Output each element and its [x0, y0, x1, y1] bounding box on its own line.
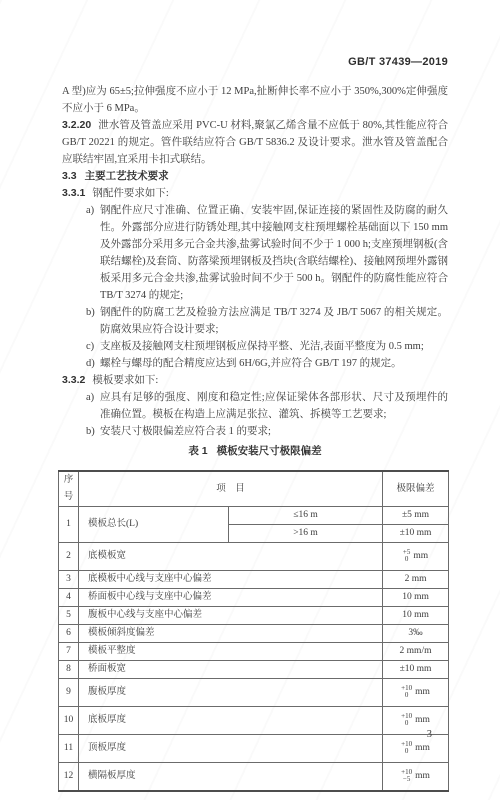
tolerance-cell: 2 mm	[383, 571, 449, 589]
condition-cell: >16 m	[229, 525, 383, 543]
table-row-9: 9 腹板厚度 +100mm	[59, 679, 449, 707]
table-1-caption: 表 1模板安装尺寸极限偏差	[62, 443, 448, 460]
item-cell: 桥面板中心线与支座中心偏差	[79, 589, 383, 607]
table-row-12: 12 横隔板厚度 +10−5mm	[59, 763, 449, 792]
clause-3-2-20: 3.2.20泄水管及管盖应采用 PVC-U 材料,聚氯乙烯含量不应低于 80%,…	[62, 117, 448, 168]
item-cell: 桥面板宽	[79, 661, 383, 679]
list-item-text: 钢配件应尺寸准确、位置正确、安装牢固,保证连接的紧固性及防腐的耐久性。外露部分应…	[100, 205, 448, 301]
table-row-2: 2 底模板宽 +50mm	[59, 543, 449, 571]
row-number-cell: 3	[59, 571, 79, 589]
header-cell-item: 项 目	[79, 471, 383, 507]
tolerance-cell: ±10 mm	[383, 661, 449, 679]
row-number-cell: 2	[59, 543, 79, 571]
tolerance-cell: 2 mm/m	[383, 643, 449, 661]
tolerance-cell: +50mm	[383, 543, 449, 571]
list-item-label: d)	[86, 355, 95, 372]
row-number-cell: 7	[59, 643, 79, 661]
list-item-text: 钢配件的防腐工艺及检验方法应满足 TB/T 3274 及 JB/T 5067 的…	[100, 307, 448, 335]
list-item-a: a) 应具有足够的强度、刚度和稳定性;应保证梁体各部形状、尺寸及预埋件的准确位置…	[62, 389, 448, 423]
list-item-label: c)	[86, 338, 94, 355]
item-cell: 腹板厚度	[79, 679, 383, 707]
table-row-3: 3 底模板中心线与支座中心偏差 2 mm	[59, 571, 449, 589]
row-number-cell: 8	[59, 661, 79, 679]
list-item-text: 螺栓与螺母的配合精度应达到 6H/6G,并应符合 GB/T 197 的规定。	[100, 358, 402, 369]
tolerance-cell: +10−5mm	[383, 763, 449, 792]
list-item-label: a)	[86, 389, 94, 406]
list-item-b: b) 钢配件的防腐工艺及检验方法应满足 TB/T 3274 及 JB/T 506…	[62, 304, 448, 338]
tolerance-cell: 10 mm	[383, 589, 449, 607]
clause-3-3-2: 3.3.2模板要求如下:	[62, 372, 448, 389]
item-cell: 模板总长(L)	[79, 507, 229, 543]
list-item-d: d) 螺栓与螺母的配合精度应达到 6H/6G,并应符合 GB/T 197 的规定…	[62, 355, 448, 372]
tolerance-cell: 10 mm	[383, 607, 449, 625]
section-heading-3-3: 3.3主要工艺技术要求	[62, 168, 448, 185]
standard-code-header: GB/T 37439—2019	[62, 56, 448, 68]
table-1: 序号 项 目 极限偏差 1 模板总长(L) ≤16 m ±5 mm >16 m …	[58, 470, 449, 792]
row-number-cell: 6	[59, 625, 79, 643]
list-item-c: c) 支座板及接触网支柱预埋钢板应保持平整、光洁,表面平整度为 0.5 mm;	[62, 338, 448, 355]
table-row-4: 4 桥面板中心线与支座中心偏差 10 mm	[59, 589, 449, 607]
tolerance-stack: +10−5	[401, 769, 412, 784]
page-content: GB/T 37439—2019 A 型)应为 65±5;拉伸强度不应小于 12 …	[62, 56, 448, 792]
list-item-text: 支座板及接触网支柱预埋钢板应保持平整、光洁,表面平整度为 0.5 mm;	[100, 341, 424, 352]
table-header-row: 序号 项 目 极限偏差	[59, 471, 449, 507]
table-row-7: 7 模板平整度 2 mm/m	[59, 643, 449, 661]
row-number-cell: 1	[59, 507, 79, 543]
tolerance-cell: ±10 mm	[383, 525, 449, 543]
table-caption-label: 表 1	[188, 445, 207, 457]
section-title: 主要工艺技术要求	[85, 170, 169, 182]
list-item-a: a) 钢配件应尺寸准确、位置正确、安装牢固,保证连接的紧固性及防腐的耐久性。外露…	[62, 202, 448, 304]
item-cell: 底模板宽	[79, 543, 383, 571]
body-text: A 型)应为 65±5;拉伸强度不应小于 12 MPa,扯断伸长率不应小于 35…	[62, 83, 448, 792]
item-cell: 模板平整度	[79, 643, 383, 661]
tolerance-cell: +100mm	[383, 679, 449, 707]
table-caption-title: 模板安装尺寸极限偏差	[217, 445, 322, 457]
row-number-cell: 5	[59, 607, 79, 625]
row-number-cell: 12	[59, 763, 79, 792]
list-item-label: a)	[86, 202, 94, 219]
row-number-cell: 9	[59, 679, 79, 707]
continued-paragraph: A 型)应为 65±5;拉伸强度不应小于 12 MPa,扯断伸长率不应小于 35…	[62, 83, 448, 117]
clause-number: 3.3.2	[62, 374, 85, 386]
list-item-label: b)	[86, 423, 95, 440]
table-row-5: 5 腹板中心线与支座中心偏差 10 mm	[59, 607, 449, 625]
page-number: 3	[62, 729, 448, 740]
list-item-text: 安装尺寸极限偏差应符合表 1 的要求;	[100, 426, 271, 437]
clause-number: 3.2.20	[62, 119, 91, 131]
clause-intro: 模板要求如下:	[92, 375, 158, 386]
tolerance-stack: +100	[401, 685, 412, 700]
header-cell-no: 序号	[59, 471, 79, 507]
table-row-8: 8 桥面板宽 ±10 mm	[59, 661, 449, 679]
section-number: 3.3	[62, 170, 77, 182]
tolerance-cell: ±5 mm	[383, 507, 449, 525]
condition-cell: ≤16 m	[229, 507, 383, 525]
list-item-b: b) 安装尺寸极限偏差应符合表 1 的要求;	[62, 423, 448, 440]
table-row-6: 6 模板倾斜度偏差 3‰	[59, 625, 449, 643]
item-cell: 横隔板厚度	[79, 763, 383, 792]
tolerance-cell: 3‰	[383, 625, 449, 643]
document-page: GB/T 37439—2019 A 型)应为 65±5;拉伸强度不应小于 12 …	[0, 0, 500, 800]
row-number-cell: 4	[59, 589, 79, 607]
tolerance-stack: +100	[401, 741, 412, 756]
header-cell-tolerance: 极限偏差	[383, 471, 449, 507]
clause-intro: 钢配件要求如下:	[92, 188, 168, 199]
item-cell: 腹板中心线与支座中心偏差	[79, 607, 383, 625]
clause-text: 泄水管及管盖应采用 PVC-U 材料,聚氯乙烯含量不应低于 80%,其性能应符合…	[62, 120, 448, 165]
tolerance-stack: +100	[401, 713, 412, 728]
clause-3-3-1: 3.3.1钢配件要求如下:	[62, 185, 448, 202]
table-row-1a: 1 模板总长(L) ≤16 m ±5 mm	[59, 507, 449, 525]
list-item-text: 应具有足够的强度、刚度和稳定性;应保证梁体各部形状、尺寸及预埋件的准确位置。模板…	[100, 392, 448, 420]
item-cell: 底模板中心线与支座中心偏差	[79, 571, 383, 589]
item-cell: 模板倾斜度偏差	[79, 625, 383, 643]
clause-number: 3.3.1	[62, 187, 85, 199]
tolerance-stack: +50	[403, 549, 410, 564]
list-item-label: b)	[86, 304, 95, 321]
